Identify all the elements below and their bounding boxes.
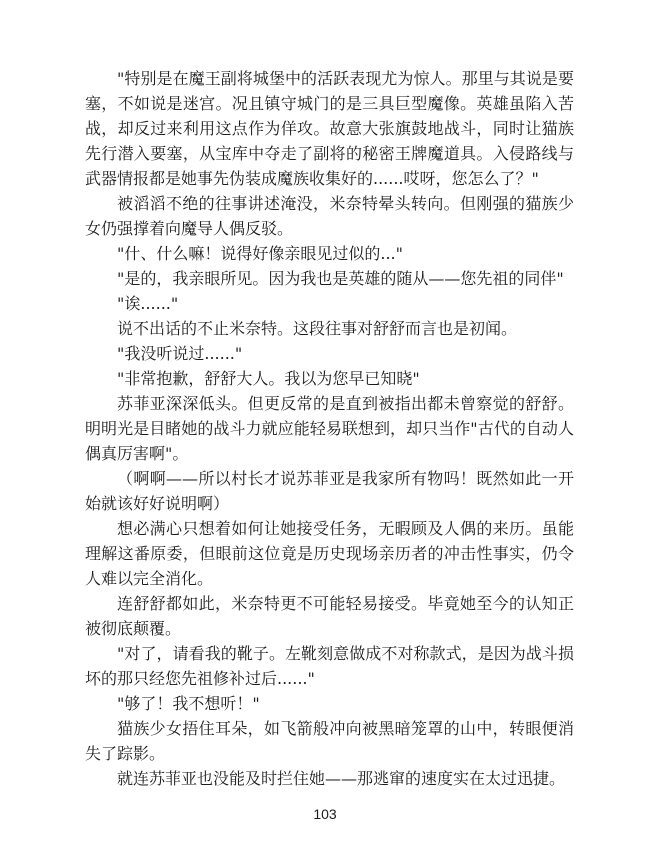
page-number: 103 xyxy=(0,806,650,822)
paragraph-1: "特别是在魔王副将城堡中的活跃表现尤为惊人。那里与其说是要塞，不如说是迷宫。况且… xyxy=(85,66,574,191)
document-page: "特别是在魔王副将城堡中的活跃表现尤为惊人。那里与其说是要塞，不如说是迷宫。况且… xyxy=(0,0,650,850)
paragraph-10: （啊啊——所以村长才说苏菲亚是我家所有物吗！既然如此一开始就该好好说明啊） xyxy=(85,466,574,516)
paragraph-11: 想必满心只想着如何让她接受任务，无暇顾及人偶的来历。虽能理解这番原委，但眼前这位… xyxy=(85,516,574,591)
paragraph-13: "对了，请看我的靴子。左靴刻意做成不对称款式，是因为战斗损坏的那只经您先祖修补过… xyxy=(85,641,574,691)
body-text: "特别是在魔王副将城堡中的活跃表现尤为惊人。那里与其说是要塞，不如说是迷宫。况且… xyxy=(85,66,574,791)
paragraph-5: "诶......" xyxy=(85,291,574,316)
paragraph-3: "什、什么嘛！说得好像亲眼见过似的..." xyxy=(85,241,574,266)
paragraph-14: "够了！我不想听！" xyxy=(85,691,574,716)
paragraph-2: 被滔滔不绝的往事讲述淹没，米奈特晕头转向。但刚强的猫族少女仍强撑着向魔导人偶反驳… xyxy=(85,191,574,241)
paragraph-7: "我没听说过......" xyxy=(85,341,574,366)
paragraph-6: 说不出话的不止米奈特。这段往事对舒舒而言也是初闻。 xyxy=(85,316,574,341)
paragraph-9: 苏菲亚深深低头。但更反常的是直到被指出都未曾察觉的舒舒。明明光是目睹她的战斗力就… xyxy=(85,391,574,466)
paragraph-4: "是的，我亲眼所见。因为我也是英雄的随从——您先祖的同伴" xyxy=(85,266,574,291)
paragraph-15: 猫族少女捂住耳朵，如飞箭般冲向被黑暗笼罩的山中，转眼便消失了踪影。 xyxy=(85,716,574,766)
paragraph-12: 连舒舒都如此，米奈特更不可能轻易接受。毕竟她至今的认知正被彻底颠覆。 xyxy=(85,591,574,641)
paragraph-16: 就连苏菲亚也没能及时拦住她——那逃窜的速度实在太过迅捷。 xyxy=(85,766,574,791)
paragraph-8: "非常抱歉，舒舒大人。我以为您早已知晓" xyxy=(85,366,574,391)
